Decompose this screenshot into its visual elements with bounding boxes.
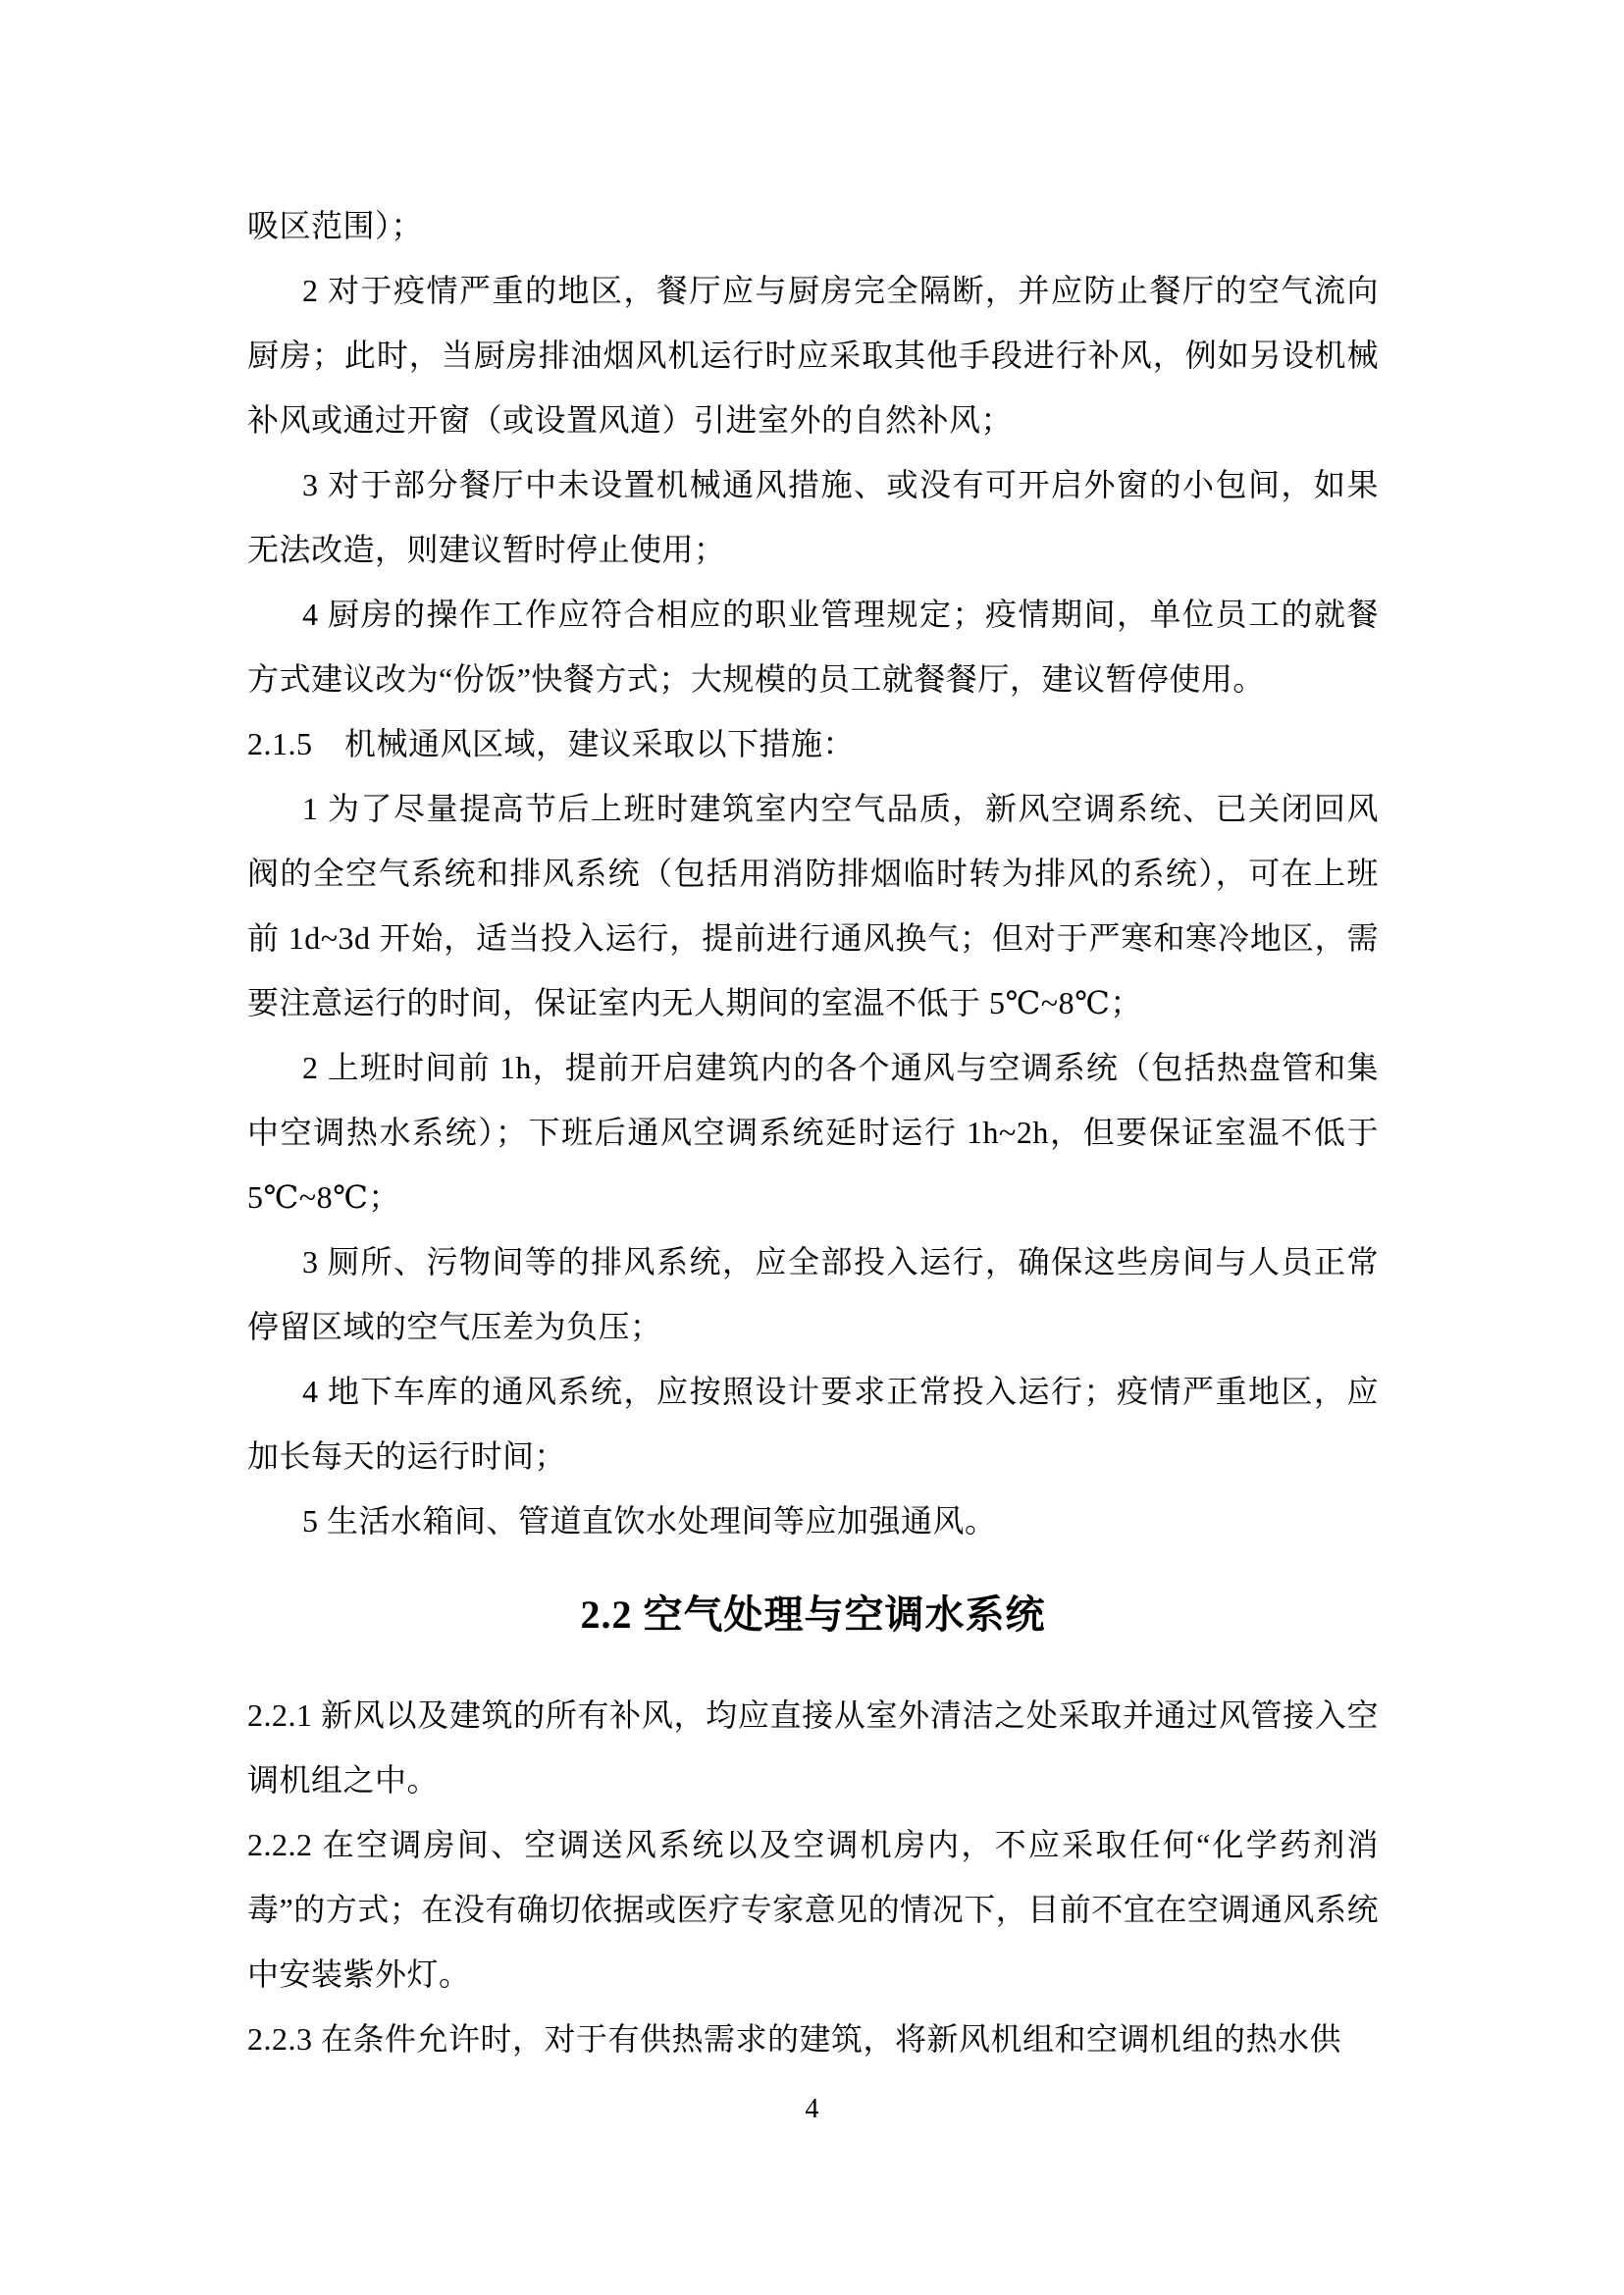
measure-2-pre-start: 2 上班时间前 1h，提前开启建筑内的各个通风与空调系统（包括热盘管和集中空调热… (247, 1035, 1379, 1229)
list-item-2-dining-area: 2 对于疫情严重的地区，餐厅应与厨房完全隔断，并应防止餐厅的空气流向厨房；此时，… (247, 258, 1379, 452)
clause-2-2-1: 2.2.1 新风以及建筑的所有补风，均应直接从室外清洁之处采取并通过风管接入空调… (247, 1683, 1379, 1812)
measure-1-air-quality: 1 为了尽量提高节后上班时建筑室内空气品质，新风空调系统、已关闭回风阀的全空气系… (247, 776, 1379, 1035)
measure-5-water-rooms: 5 生活水箱间、管道直饮水处理间等应加强通风。 (247, 1488, 1379, 1553)
page-number: 4 (0, 2077, 1624, 2142)
measure-4-garage-vent: 4 地下车库的通风系统，应按照设计要求正常投入运行；疫情严重地区，应加长每天的运… (247, 1359, 1379, 1488)
measure-3-exhaust-systems: 3 厕所、污物间等的排风系统，应全部投入运行，确保这些房间与人员正常停留区域的空… (247, 1229, 1379, 1359)
clause-2-1-5: 2.1.5 机械通风区域，建议采取以下措施： (247, 711, 1379, 776)
paragraph-continuation: 吸区范围）； (247, 193, 1379, 258)
clause-2-2-3: 2.2.3 在条件允许时，对于有供热需求的建筑，将新风机组和空调机组的热水供 (247, 2007, 1379, 2071)
page-body: 吸区范围）； 2 对于疫情严重的地区，餐厅应与厨房完全隔断，并应防止餐厅的空气流… (247, 193, 1379, 2071)
list-item-4-kitchen-operation: 4 厨房的操作工作应符合相应的职业管理规定；疫情期间，单位员工的就餐方式建议改为… (247, 582, 1379, 711)
clause-2-2-2: 2.2.2 在空调房间、空调送风系统以及空调机房内，不应采取任何“化学药剂消毒”… (247, 1812, 1379, 2007)
document-page: 吸区范围）； 2 对于疫情严重的地区，餐厅应与厨房完全隔断，并应防止餐厅的空气流… (0, 0, 1624, 2295)
list-item-3-no-mech-vent: 3 对于部分餐厅中未设置机械通风措施、或没有可开启外窗的小包间，如果无法改造，则… (247, 452, 1379, 582)
section-heading-2-2: 2.2 空气处理与空调水系统 (247, 1583, 1379, 1647)
